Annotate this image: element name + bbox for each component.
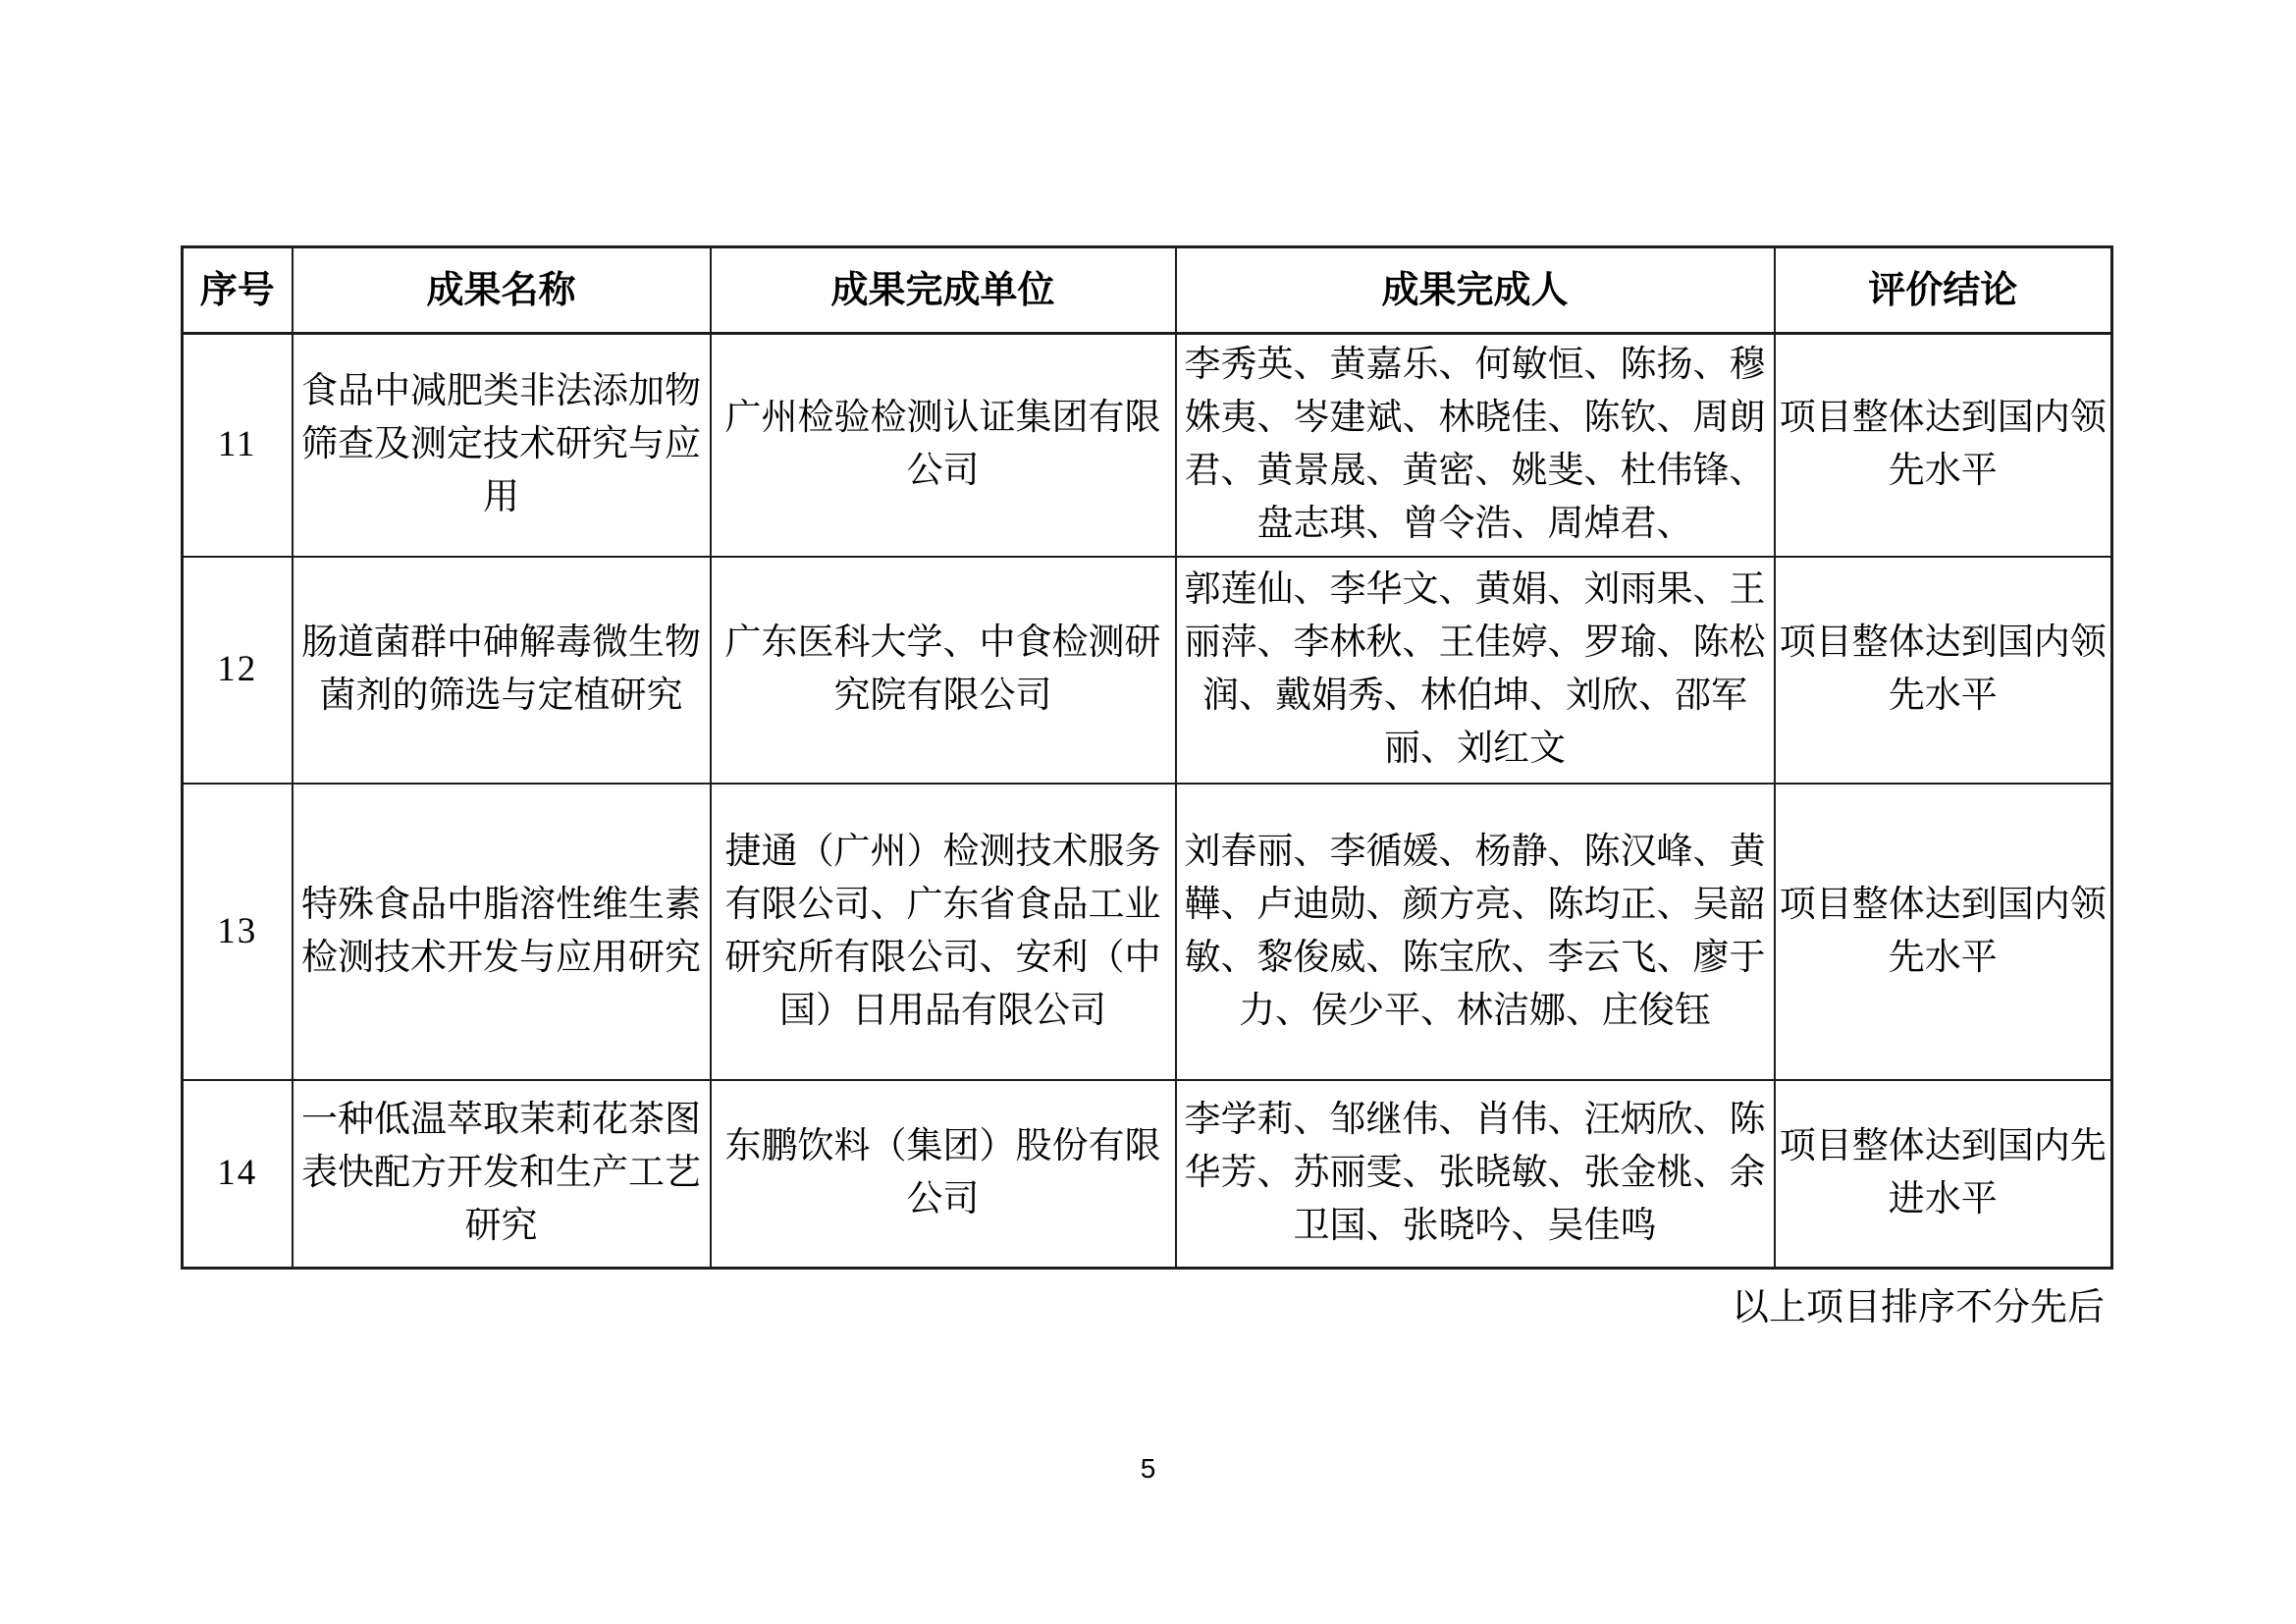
- cell-serial-number: 14: [183, 1080, 293, 1269]
- cell-evaluation-conclusion: 项目整体达到国内领先水平: [1775, 784, 2112, 1080]
- cell-completing-unit: 捷通（广州）检测技术服务有限公司、广东省食品工业研究所有限公司、安利（中国）日用…: [711, 784, 1176, 1080]
- cell-evaluation-conclusion: 项目整体达到国内领先水平: [1775, 334, 2112, 557]
- cell-completing-unit: 广州检验检测认证集团有限公司: [711, 334, 1176, 557]
- cell-completing-unit: 广东医科大学、中食检测研究院有限公司: [711, 557, 1176, 784]
- table-row: 11 食品中减肥类非法添加物筛查及测定技术研究与应用 广州检验检测认证集团有限公…: [183, 334, 2112, 557]
- table-row: 12 肠道菌群中砷解毒微生物菌剂的筛选与定植研究 广东医科大学、中食检测研究院有…: [183, 557, 2112, 784]
- cell-completers: 刘春丽、李循媛、杨静、陈汉峰、黄鞾、卢迪勋、颜方亮、陈均正、吴韶敏、黎俊威、陈宝…: [1176, 784, 1775, 1080]
- cell-achievement-name: 特殊食品中脂溶性维生素检测技术开发与应用研究: [293, 784, 711, 1080]
- results-table: 序号 成果名称 成果完成单位 成果完成人 评价结论 11 食品中减肥类非法添加物…: [181, 245, 2113, 1270]
- page-number: 5: [0, 1453, 2296, 1485]
- cell-completers: 郭莲仙、李华文、黄娟、刘雨果、王丽萍、李林秋、王佳婷、罗瑜、陈松润、戴娟秀、林伯…: [1176, 557, 1775, 784]
- cell-evaluation-conclusion: 项目整体达到国内先进水平: [1775, 1080, 2112, 1269]
- cell-completers: 李秀英、黄嘉乐、何敏恒、陈扬、穆姝夷、岑建斌、林晓佳、陈钦、周朗君、黄景晟、黄密…: [1176, 334, 1775, 557]
- cell-achievement-name: 肠道菌群中砷解毒微生物菌剂的筛选与定植研究: [293, 557, 711, 784]
- cell-serial-number: 11: [183, 334, 293, 557]
- col-header-people: 成果完成人: [1176, 247, 1775, 334]
- col-header-unit: 成果完成单位: [711, 247, 1176, 334]
- col-header-conclusion: 评价结论: [1775, 247, 2112, 334]
- cell-completing-unit: 东鹏饮料（集团）股份有限公司: [711, 1080, 1176, 1269]
- col-header-name: 成果名称: [293, 247, 711, 334]
- table-header-row: 序号 成果名称 成果完成单位 成果完成人 评价结论: [183, 247, 2112, 334]
- document-page: 序号 成果名称 成果完成单位 成果完成人 评价结论 11 食品中减肥类非法添加物…: [0, 0, 2296, 1624]
- col-header-index: 序号: [183, 247, 293, 334]
- cell-serial-number: 13: [183, 784, 293, 1080]
- cell-serial-number: 12: [183, 557, 293, 784]
- cell-achievement-name: 食品中减肥类非法添加物筛查及测定技术研究与应用: [293, 334, 711, 557]
- table-row: 13 特殊食品中脂溶性维生素检测技术开发与应用研究 捷通（广州）检测技术服务有限…: [183, 784, 2112, 1080]
- cell-achievement-name: 一种低温萃取茉莉花茶图表快配方开发和生产工艺研究: [293, 1080, 711, 1269]
- cell-evaluation-conclusion: 项目整体达到国内领先水平: [1775, 557, 2112, 784]
- cell-completers: 李学莉、邹继伟、肖伟、汪炳欣、陈华芳、苏丽雯、张晓敏、张金桃、余卫国、张晓吟、吴…: [1176, 1080, 1775, 1269]
- footnote-text: 以上项目排序不分先后: [181, 1281, 2105, 1334]
- table-row: 14 一种低温萃取茉莉花茶图表快配方开发和生产工艺研究 东鹏饮料（集团）股份有限…: [183, 1080, 2112, 1269]
